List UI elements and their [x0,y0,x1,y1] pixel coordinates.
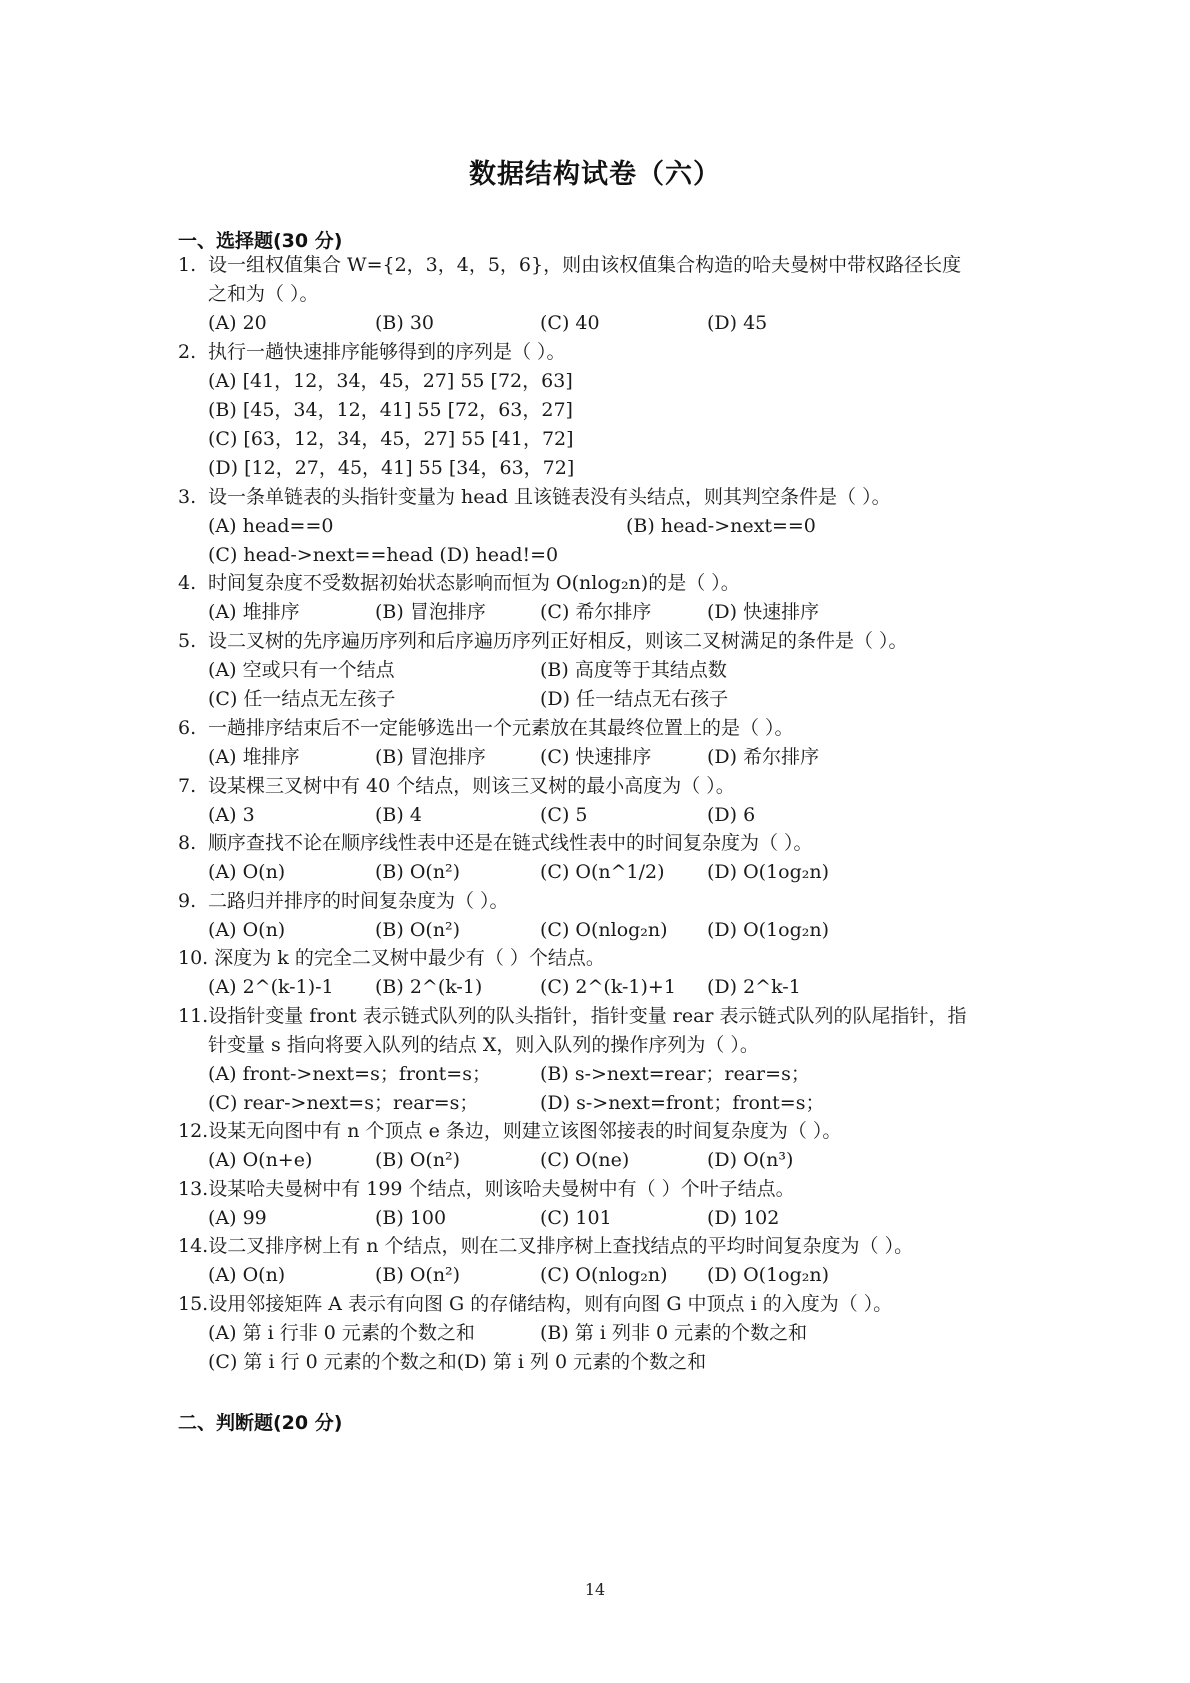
question-number: 5. [178,629,208,653]
question-text: 设指针变量 front 表示链式队列的队头指针，指针变量 rear 表示链式队列… [208,1005,966,1027]
question-4: 4.时间复杂度不受数据初始状态影响而恒为 O(nlog₂n)的是（ ）。 [178,571,740,595]
option-d: (D) head!=0 [439,544,558,566]
option-a: (A) 空或只有一个结点 [208,658,395,682]
page-title: 数据结构试卷（六） [0,152,1190,191]
question-2-option-a: (A) [41，12，34，45，27] 55 [72，63] [208,369,573,393]
question-6: 6.一趟排序结束后不一定能够选出一个元素放在其最终位置上的是（ ）。 [178,716,794,740]
option-c: (C) O(nlog₂n) [540,918,668,942]
option-c: (C) 希尔排序 [540,600,651,624]
option-c: (C) 第 i 行 0 元素的个数之和 [208,1351,457,1373]
question-3-options-row2: (C) head->next==head (D) head!=0 [208,543,558,567]
question-number: 2. [178,340,208,364]
option-b: (B) O(n²) [375,918,460,942]
option-d: (D) 6 [707,803,755,827]
option-a: (A) 第 i 行非 0 元素的个数之和 [208,1321,475,1345]
question-13: 13.设某哈夫曼树中有 199 个结点，则该哈夫曼树中有（ ）个叶子结点。 [178,1177,795,1201]
option-d: (D) O(1og₂n) [707,1263,829,1287]
option-d: (D) s->next=front；front=s； [540,1091,824,1115]
question-2-option-d: (D) [12，27，45，41] 55 [34，63，72] [208,456,574,480]
option-b: (B) 100 [375,1206,446,1230]
question-9: 9.二路归并排序的时间复杂度为（ ）。 [178,889,509,913]
question-number: 4. [178,571,208,595]
option-a: (A) head==0 [208,514,334,538]
option-a: (A) O(n) [208,918,285,942]
question-number: 3. [178,485,208,509]
question-12: 12.设某无向图中有 n 个顶点 e 条边，则建立该图邻接表的时间复杂度为（ ）… [178,1119,841,1143]
option-c: (C) rear->next=s；rear=s； [208,1091,478,1115]
option-d: (D) 希尔排序 [707,745,819,769]
option-c: (C) 快速排序 [540,745,651,769]
question-text: 设某棵三叉树中有 40 个结点，则该三叉树的最小高度为（ ）。 [208,775,735,797]
option-b: (B) 2^(k-1) [375,975,482,999]
option-a: (A) 20 [208,311,267,335]
question-15: 15.设用邻接矩阵 A 表示有向图 G 的存储结构，则有向图 G 中顶点 i 的… [178,1292,892,1316]
option-b: (B) O(n²) [375,1148,460,1172]
question-text: 设二叉排序树上有 n 个结点，则在二叉排序树上查找结点的平均时间复杂度为（ ）。 [208,1235,913,1257]
section-heading-judgment: 二、判断题(20 分) [178,1408,342,1435]
section-heading-choice: 一、选择题(30 分) [178,226,342,253]
option-b: (B) 第 i 列非 0 元素的个数之和 [540,1321,807,1345]
question-text: 深度为 k 的完全二叉树中最少有（ ）个结点。 [214,947,605,969]
option-c: (C) O(n^1/2) [540,860,665,884]
question-number: 14. [178,1235,208,1257]
page-number: 14 [0,1580,1190,1599]
question-number: 7. [178,774,208,798]
option-b: (B) 冒泡排序 [375,600,486,624]
option-c: (C) O(nlog₂n) [540,1263,668,1287]
option-c: (C) 101 [540,1206,612,1230]
option-b: (B) O(n²) [375,860,460,884]
option-b: (B) 30 [375,311,434,335]
question-number: 6. [178,716,208,740]
question-10: 10. 深度为 k 的完全二叉树中最少有（ ）个结点。 [178,946,605,970]
option-b: (B) s->next=rear；rear=s； [540,1062,810,1086]
option-c: (C) 任一结点无左孩子 [208,687,395,711]
question-15-options-row2: (C) 第 i 行 0 元素的个数之和(D) 第 i 列 0 元素的个数之和 [208,1350,706,1374]
option-d: (D) 任一结点无右孩子 [540,687,728,711]
question-number: 8. [178,831,208,855]
question-2: 2.执行一趟快速排序能够得到的序列是（ ）。 [178,340,566,364]
question-1: 1.设一组权值集合 W={2，3，4，5，6}，则由该权值集合构造的哈夫曼树中带… [178,253,961,277]
option-b: (B) O(n²) [375,1263,460,1287]
question-number: 12. [178,1120,208,1142]
question-7: 7.设某棵三叉树中有 40 个结点，则该三叉树的最小高度为（ ）。 [178,774,735,798]
option-c: (C) 2^(k-1)+1 [540,975,676,999]
question-2-option-c: (C) [63，12，34，45，27] 55 [41，72] [208,427,574,451]
option-c: (C) 40 [540,311,600,335]
question-text: 一趟排序结束后不一定能够选出一个元素放在其最终位置上的是（ ）。 [208,717,794,739]
option-d: (D) 2^k-1 [707,975,801,999]
question-1-cont: 之和为（ ）。 [208,282,319,306]
option-d: (D) 快速排序 [707,600,819,624]
question-11: 11.设指针变量 front 表示链式队列的队头指针，指针变量 rear 表示链… [178,1004,967,1028]
option-d: (D) O(1og₂n) [707,860,829,884]
question-number: 13. [178,1178,208,1200]
question-11-cont: 针变量 s 指向将要入队列的结点 X，则入队列的操作序列为（ ）。 [208,1033,759,1057]
option-a: (A) 2^(k-1)-1 [208,975,334,999]
option-b: (B) 冒泡排序 [375,745,486,769]
option-c: (C) head->next==head [208,544,433,566]
option-c: (C) O(ne) [540,1148,629,1172]
question-number: 1. [178,253,208,277]
option-d: (D) 102 [707,1206,779,1230]
option-a: (A) 堆排序 [208,745,300,769]
option-b: (B) head->next==0 [626,514,816,538]
option-b: (B) 4 [375,803,422,827]
question-text: 设一条单链表的头指针变量为 head 且该链表没有头结点，则其判空条件是（ ）。 [208,486,891,508]
question-text: 设用邻接矩阵 A 表示有向图 G 的存储结构，则有向图 G 中顶点 i 的入度为… [208,1293,892,1315]
option-d: (D) 45 [707,311,767,335]
question-text: 二路归并排序的时间复杂度为（ ）。 [208,890,509,912]
question-5: 5.设二叉树的先序遍历序列和后序遍历序列正好相反，则该二叉树满足的条件是（ ）。 [178,629,908,653]
option-d: (D) O(n³) [707,1148,793,1172]
question-number: 10. [178,947,208,969]
question-text: 时间复杂度不受数据初始状态影响而恒为 O(nlog₂n)的是（ ）。 [208,572,740,594]
question-number: 11. [178,1005,208,1027]
option-a: (A) 99 [208,1206,267,1230]
question-3: 3.设一条单链表的头指针变量为 head 且该链表没有头结点，则其判空条件是（ … [178,485,891,509]
question-text: 设某哈夫曼树中有 199 个结点，则该哈夫曼树中有（ ）个叶子结点。 [208,1178,794,1200]
question-text: 设二叉树的先序遍历序列和后序遍历序列正好相反，则该二叉树满足的条件是（ ）。 [208,630,908,652]
question-14: 14.设二叉排序树上有 n 个结点，则在二叉排序树上查找结点的平均时间复杂度为（… [178,1234,913,1258]
option-a: (A) 堆排序 [208,600,300,624]
option-d: (D) 第 i 列 0 元素的个数之和 [457,1351,706,1373]
question-2-option-b: (B) [45，34，12，41] 55 [72，63，27] [208,398,573,422]
option-b: (B) 高度等于其结点数 [540,658,727,682]
option-a: (A) O(n+e) [208,1148,312,1172]
option-a: (A) front->next=s；front=s； [208,1062,491,1086]
question-number: 15. [178,1293,208,1315]
question-8: 8.顺序查找不论在顺序线性表中还是在链式线性表中的时间复杂度为（ ）。 [178,831,813,855]
question-text: 执行一趟快速排序能够得到的序列是（ ）。 [208,341,566,363]
question-text: 顺序查找不论在顺序线性表中还是在链式线性表中的时间复杂度为（ ）。 [208,832,813,854]
question-number: 9. [178,889,208,913]
option-a: (A) O(n) [208,1263,285,1287]
option-a: (A) 3 [208,803,255,827]
question-text: 设某无向图中有 n 个顶点 e 条边，则建立该图邻接表的时间复杂度为（ ）。 [208,1120,841,1142]
question-text: 设一组权值集合 W={2，3，4，5，6}，则由该权值集合构造的哈夫曼树中带权路… [208,254,961,276]
option-c: (C) 5 [540,803,588,827]
option-d: (D) O(1og₂n) [707,918,829,942]
option-a: (A) O(n) [208,860,285,884]
